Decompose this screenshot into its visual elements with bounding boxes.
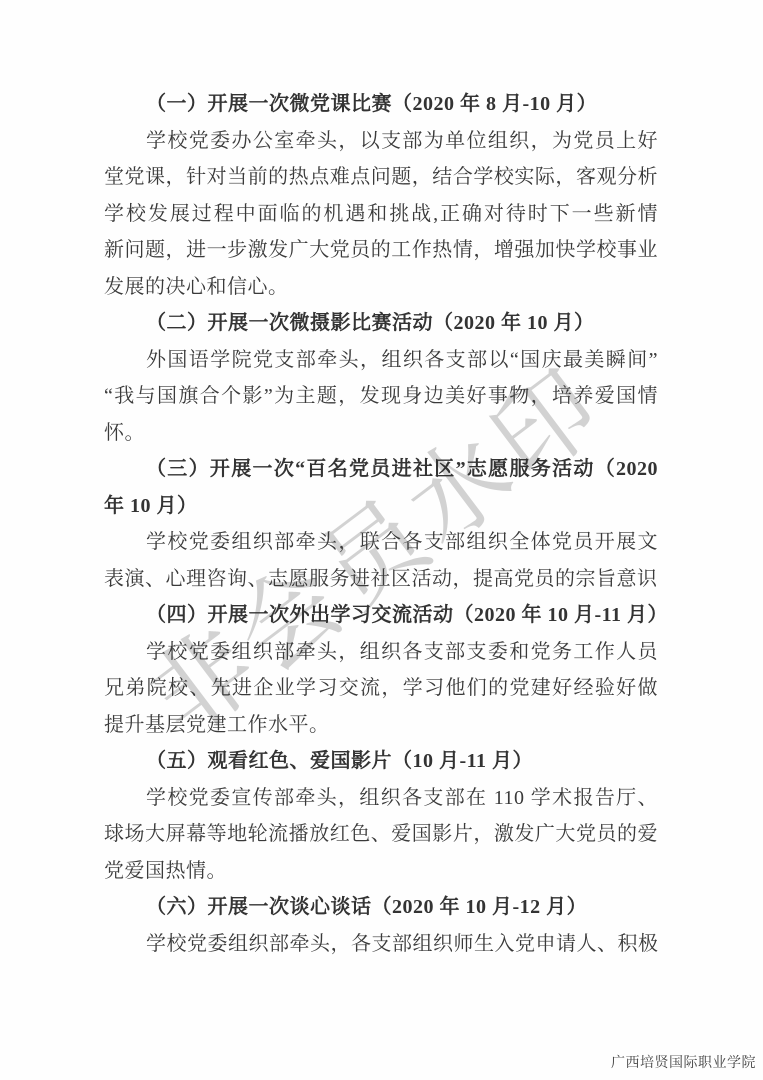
section-heading-line: （一）开展一次微党课比赛（2020 年 8 月-10 月） — [104, 86, 658, 123]
paragraph-line: 堂党课，针对当前的热点难点问题，结合学校实际，客观分析 — [104, 159, 658, 196]
paragraph-line: 怀。 — [104, 415, 658, 452]
paragraph-line: 提升基层党建工作水平。 — [104, 707, 658, 744]
section-4: （四）开展一次外出学习交流活动（2020 年 10 月-11 月）学校党委组织部… — [104, 597, 658, 743]
paragraph-line: 学校党委组织部牵头，组织各支部支委和党务工作人员赴 — [104, 634, 658, 671]
footer-school-name: 广西培贤国际职业学院 — [611, 1052, 756, 1072]
paragraph-line: 表演、心理咨询、志愿服务进社区活动，提高党员的宗旨意识。 — [104, 561, 658, 598]
paragraph-line: 外国语学院党支部牵头，组织各支部以“国庆最美瞬间” — [104, 342, 658, 379]
document-page: 非会员水印 （一）开展一次微党课比赛（2020 年 8 月-10 月）学校党委办… — [0, 0, 763, 1080]
paragraph-line: 学校党委组织部牵头，各支部组织师生入党申请人、积极 — [104, 926, 658, 963]
section-heading-line: （四）开展一次外出学习交流活动（2020 年 10 月-11 月） — [104, 597, 658, 634]
section-2: （二）开展一次微摄影比赛活动（2020 年 10 月）外国语学院党支部牵头，组织… — [104, 305, 658, 451]
paragraph-line: “我与国旗合个影”为主题，发现身边美好事物，培养爱国情 — [104, 378, 658, 415]
section-heading-line: （二）开展一次微摄影比赛活动（2020 年 10 月） — [104, 305, 658, 342]
document-content: （一）开展一次微党课比赛（2020 年 8 月-10 月）学校党委办公室牵头，以… — [104, 86, 658, 962]
paragraph-line: 学校党委组织部牵头，联合各支部组织全体党员开展文艺 — [104, 524, 658, 561]
section-heading-line: 年 10 月） — [104, 488, 658, 525]
section-heading-line: （五）观看红色、爱国影片（10 月-11 月） — [104, 743, 658, 780]
paragraph-line: 学校党委宣传部牵头，组织各支部在 110 学术报告厅、足 — [104, 780, 658, 817]
section-5: （五）观看红色、爱国影片（10 月-11 月）学校党委宣传部牵头，组织各支部在 … — [104, 743, 658, 889]
section-3: （三）开展一次“百名党员进社区”志愿服务活动（2020年 10 月）学校党委组织… — [104, 451, 658, 597]
paragraph-line: 学校党委办公室牵头，以支部为单位组织，为党员上好一 — [104, 123, 658, 160]
section-heading-line: （六）开展一次谈心谈话（2020 年 10 月-12 月） — [104, 889, 658, 926]
paragraph-line: 发展的决心和信心。 — [104, 269, 658, 306]
paragraph-line: 兄弟院校、先进企业学习交流，学习他们的党建好经验好做法， — [104, 670, 658, 707]
paragraph-line: 党爱国热情。 — [104, 853, 658, 890]
paragraph-line: 新问题，进一步激发广大党员的工作热情，增强加快学校事业 — [104, 232, 658, 269]
paragraph-line: 学校发展过程中面临的机遇和挑战,正确对待时下一些新情况、 — [104, 196, 658, 233]
paragraph-line: 球场大屏幕等地轮流播放红色、爱国影片，激发广大党员的爱 — [104, 816, 658, 853]
section-1: （一）开展一次微党课比赛（2020 年 8 月-10 月）学校党委办公室牵头，以… — [104, 86, 658, 305]
section-heading-line: （三）开展一次“百名党员进社区”志愿服务活动（2020 — [104, 451, 658, 488]
section-6: （六）开展一次谈心谈话（2020 年 10 月-12 月）学校党委组织部牵头，各… — [104, 889, 658, 962]
